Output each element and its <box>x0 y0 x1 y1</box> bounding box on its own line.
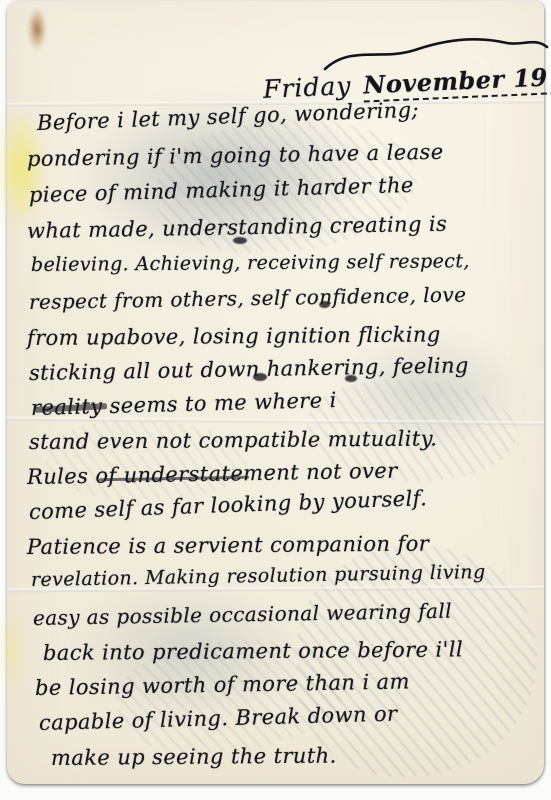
handwritten-line: Rules of understatement not over <box>27 459 398 489</box>
ink-blot <box>345 375 357 382</box>
ink-blot <box>253 373 267 381</box>
date-day: Friday <box>263 71 353 104</box>
letter-paper: FridayNovember 19 2008 Before i let my s… <box>7 1 544 784</box>
ink-blot <box>319 301 330 308</box>
handwritten-line: stand even not compatible mutuality. <box>29 426 437 454</box>
yellow-stain <box>0 601 27 701</box>
handwritten-line: back into predicament once before i'll <box>43 637 463 665</box>
handwritten-line: believing. Achieving, receiving self res… <box>31 250 470 276</box>
handwritten-line: make up seeing the truth. <box>51 744 337 770</box>
handwritten-line: from upabove, losing ignition flicking <box>27 322 441 350</box>
ink-blot <box>233 237 247 244</box>
handwritten-line: Patience is a servient companion for <box>27 531 429 559</box>
torn-brown-spot <box>27 7 47 51</box>
handwritten-line: respect from others, self confidence, lo… <box>29 282 467 314</box>
